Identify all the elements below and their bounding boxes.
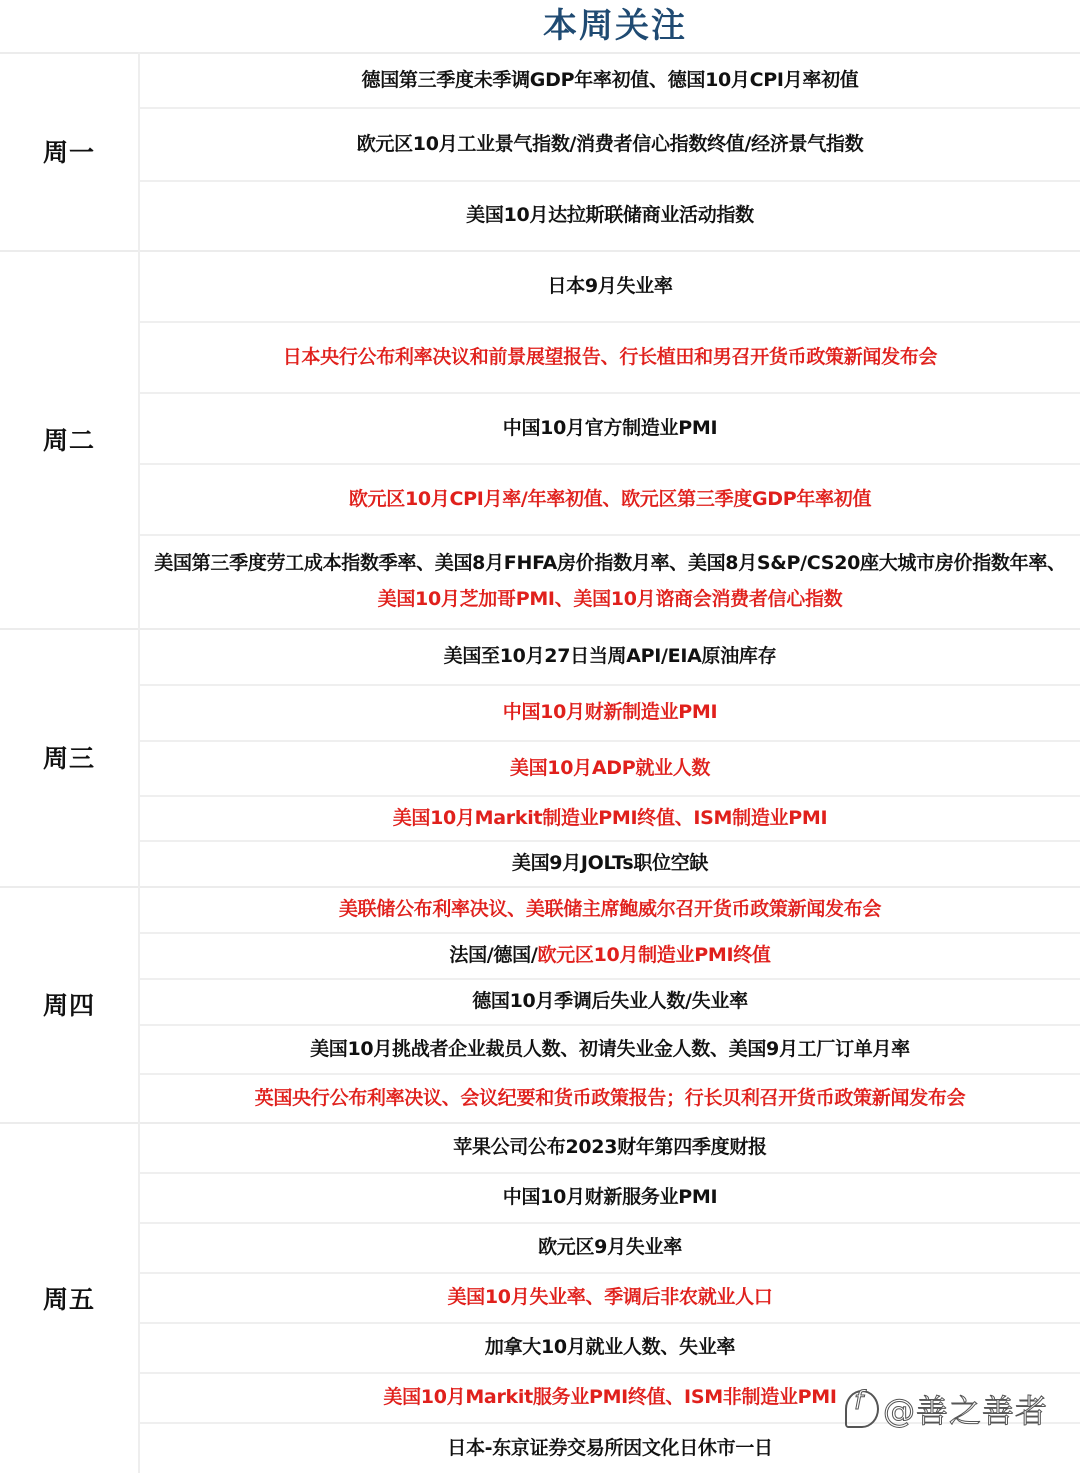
event-row: 中国10月官方制造业PMI bbox=[140, 392, 1080, 465]
event-row: 英国央行公布利率决议、会议纪要和货币政策报告；行长贝利召开货币政策新闻发布会 bbox=[140, 1073, 1080, 1122]
event-text-highlight: 英国央行公布利率决议、会议纪要和货币政策报告；行长贝利召开货币政策新闻发布会 bbox=[255, 1080, 966, 1116]
event-row: 美国至10月27日当周API/EIA原油库存 bbox=[140, 628, 1080, 686]
event-row: 美国9月JOLTs职位空缺 bbox=[140, 840, 1080, 886]
event-row: 美国10月Markit制造业PMI终值、ISM制造业PMI bbox=[140, 795, 1080, 842]
event-row: 欧元区10月CPI月率/年率初值、欧元区第三季度GDP年率初值 bbox=[140, 463, 1080, 536]
event-text: 美国第三季度劳工成本指数季率、美国8月FHFA房价指数月率、美国8月S&P/CS… bbox=[145, 545, 1075, 617]
event-row: 美国10月失业率、季调后非农就业人口 bbox=[140, 1272, 1080, 1324]
event-text-highlight: 日本央行公布利率决议和前景展望报告、行长植田和男召开货币政策新闻发布会 bbox=[283, 339, 938, 375]
event-row: 欧元区10月工业景气指数/消费者信心指数终值/经济景气指数 bbox=[140, 107, 1080, 182]
event-text: 美国9月JOLTs职位空缺 bbox=[512, 845, 708, 881]
event-text: 苹果公司公布2023财年第四季度财报 bbox=[453, 1129, 766, 1165]
event-text-highlight: 美国10月失业率、季调后非农就业人口 bbox=[447, 1279, 772, 1315]
event-text: 美国至10月27日当周API/EIA原油库存 bbox=[444, 638, 777, 674]
event-row: 德国第三季度未季调GDP年率初值、德国10月CPI月率初值 bbox=[140, 52, 1080, 109]
event-text: 中国10月财新服务业PMI bbox=[503, 1179, 717, 1215]
event-text: 美国10月挑战者企业裁员人数、初请失业金人数、美国9月工厂订单月率 bbox=[310, 1031, 910, 1067]
page-title: 本周关注 bbox=[0, 2, 1080, 50]
event-segment-highlight: 美国10月芝加哥PMI、美国10月谘商会消费者信心指数 bbox=[378, 588, 843, 610]
event-text: 中国10月官方制造业PMI bbox=[503, 410, 717, 446]
event-segment: 美国第三季度劳工成本指数季率、美国8月FHFA房价指数月率、美国8月S&P/CS… bbox=[154, 552, 1065, 574]
event-row: 欧元区9月失业率 bbox=[140, 1222, 1080, 1274]
event-segment-highlight: 欧元区10月制造业PMI终值 bbox=[537, 944, 770, 966]
event-text-highlight: 美国10月Markit服务业PMI终值、ISM非制造业PMI bbox=[383, 1379, 836, 1415]
header: 本周关注 bbox=[0, 0, 1080, 54]
event-text-highlight: 美国10月ADP就业人数 bbox=[510, 750, 710, 786]
event-text-highlight: 欧元区10月CPI月率/年率初值、欧元区第三季度GDP年率初值 bbox=[349, 481, 871, 517]
event-row: 日本9月失业率 bbox=[140, 250, 1080, 323]
event-row: 美联储公布利率决议、美联储主席鲍威尔召开货币政策新闻发布会 bbox=[140, 886, 1080, 934]
event-row: 中国10月财新制造业PMI bbox=[140, 684, 1080, 742]
day-label-wednesday: 周三 bbox=[0, 628, 140, 886]
day-group-tuesday: 周二 日本9月失业率 日本央行公布利率决议和前景展望报告、行长植田和男召开货币政… bbox=[0, 250, 1080, 630]
event-text: 加拿大10月就业人数、失业率 bbox=[485, 1329, 735, 1365]
event-text: 日本9月失业率 bbox=[547, 268, 672, 304]
event-text: 美国10月达拉斯联储商业活动指数 bbox=[466, 197, 754, 233]
day-label-monday: 周一 bbox=[0, 52, 140, 250]
event-row: 美国第三季度劳工成本指数季率、美国8月FHFA房价指数月率、美国8月S&P/CS… bbox=[140, 534, 1080, 628]
day-group-thursday: 周四 美联储公布利率决议、美联储主席鲍威尔召开货币政策新闻发布会 法国/德国/欧… bbox=[0, 886, 1080, 1124]
day-group-wednesday: 周三 美国至10月27日当周API/EIA原油库存 中国10月财新制造业PMI … bbox=[0, 628, 1080, 888]
event-text-highlight: 美国10月Markit制造业PMI终值、ISM制造业PMI bbox=[393, 800, 828, 836]
day-group-monday: 周一 德国第三季度未季调GDP年率初值、德国10月CPI月率初值 欧元区10月工… bbox=[0, 52, 1080, 252]
event-text: 欧元区9月失业率 bbox=[538, 1229, 682, 1265]
event-row: 德国10月季调后失业人数/失业率 bbox=[140, 978, 1080, 1026]
event-row: 日本央行公布利率决议和前景展望报告、行长植田和男召开货币政策新闻发布会 bbox=[140, 321, 1080, 394]
event-row: 加拿大10月就业人数、失业率 bbox=[140, 1322, 1080, 1374]
event-text: 德国10月季调后失业人数/失业率 bbox=[472, 983, 748, 1019]
event-row: 中国10月财新服务业PMI bbox=[140, 1172, 1080, 1224]
day-label-friday: 周五 bbox=[0, 1122, 140, 1473]
event-row: 美国10月挑战者企业裁员人数、初请失业金人数、美国9月工厂订单月率 bbox=[140, 1024, 1080, 1075]
event-segment: 法国/德国/ bbox=[449, 944, 537, 966]
watermark: @善之善者 bbox=[845, 1386, 1048, 1432]
event-text: 日本-东京证券交易所因文化日休市一日 bbox=[447, 1430, 773, 1466]
event-text-highlight: 中国10月财新制造业PMI bbox=[503, 694, 717, 730]
event-text: 欧元区10月工业景气指数/消费者信心指数终值/经济景气指数 bbox=[357, 126, 864, 162]
event-row: 法国/德国/欧元区10月制造业PMI终值 bbox=[140, 932, 1080, 980]
event-row: 苹果公司公布2023财年第四季度财报 bbox=[140, 1122, 1080, 1174]
event-text: 德国第三季度未季调GDP年率初值、德国10月CPI月率初值 bbox=[362, 62, 859, 98]
event-text-highlight: 美联储公布利率决议、美联储主席鲍威尔召开货币政策新闻发布会 bbox=[339, 891, 881, 927]
day-label-thursday: 周四 bbox=[0, 886, 140, 1122]
event-text: 法国/德国/欧元区10月制造业PMI终值 bbox=[449, 937, 770, 973]
watermark-text: @善之善者 bbox=[883, 1392, 1048, 1430]
weibo-logo-icon bbox=[845, 1390, 879, 1428]
day-label-tuesday: 周二 bbox=[0, 250, 140, 628]
event-row: 美国10月ADP就业人数 bbox=[140, 740, 1080, 797]
event-row: 美国10月达拉斯联储商业活动指数 bbox=[140, 180, 1080, 250]
